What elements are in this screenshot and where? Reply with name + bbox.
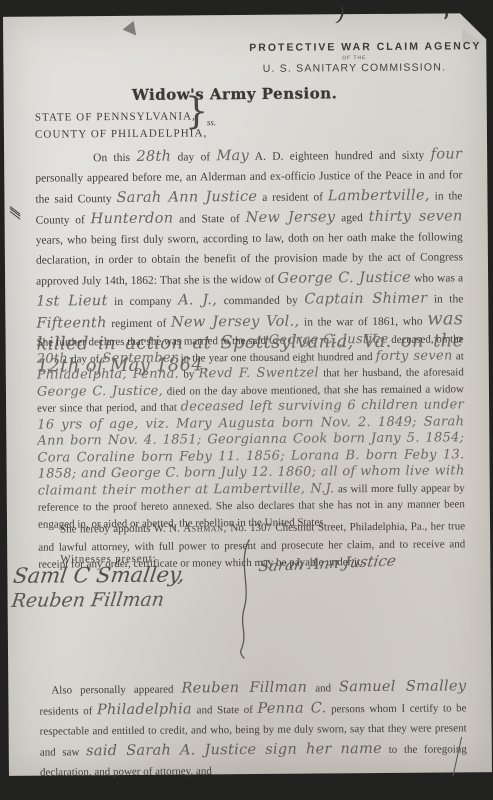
field-claimant-name: Sarah Ann Justice [116,189,257,206]
field-regiment-number: Fifteenth [36,315,106,332]
field-town: Lambertville, [328,188,430,205]
printed-text: and State of [197,704,253,716]
document-paper: ) ʼ PROTECTIVE WAR CLAIM AGENCY OF THE U… [3,13,492,776]
field-regiment-state: New Jersey Vol., [171,314,300,331]
printed-text: She hereby appoints W. N. [60,523,180,536]
printed-text: who was a [414,272,463,284]
printed-text: deceased, on the [391,333,463,346]
marriage-paragraph: She further declares that she was marrie… [37,331,466,532]
printed-text: that her husband, the aforesaid [323,366,464,379]
jurisdiction-block: STATE OF PENNSYLVANIA, COUNTY OF PHILADE… [35,108,275,144]
field-marriage-day: 20th [37,351,68,366]
field-soldier-name: George C. Justice [277,270,411,287]
printed-text: commanded by [224,295,298,308]
printed-text: residents of [39,705,92,717]
ss-brace-icon: } [185,102,210,119]
field-attest-city: Philadelphia [97,701,192,718]
printed-text: by [183,368,194,380]
witness1-signature: Saml C Smalley, [12,562,187,587]
field-county: Hunterdon [91,211,174,228]
field-officiant: Revd F. Swentzel [198,365,318,381]
printed-text: A. D. eighteen hundred and sixty [255,150,425,163]
field-rank: 1st Lieut [36,293,108,310]
field-attest-witness2: Samuel Smalley [339,678,466,695]
printed-text: day of [71,353,99,365]
witness2-signature: Reuben Fillman [10,589,165,612]
margin-hatch-mark [9,208,22,217]
form-title: Widow's Army Pension. [120,84,350,104]
printed-text: in the year one thousand eight hundred a… [181,351,373,365]
printed-text: Also personally appeared [51,684,173,697]
field-husband-name2: George C. Justice, [37,383,163,399]
field-attest-state: Penna C. [257,700,326,717]
field-day: 28th [136,149,171,165]
printed-text: She further declares that she was marrie… [37,335,266,349]
agency-letterhead: PROTECTIVE WAR CLAIM AGENCY OF THE U. S.… [249,40,459,75]
field-marriage-place: Philadelphia, Penna. [37,367,179,383]
jurisdiction-state: STATE OF PENNSYLVANIA, [35,108,275,127]
printed-text: at [456,350,464,362]
field-marriage-month: September [102,350,177,366]
printed-text: day of [178,151,211,163]
field-age: thirty seven [369,208,463,225]
attestation-paragraph: Also personally appeared Reuben Fillman … [39,676,467,782]
field-husband-name: George C. Justice [269,332,389,348]
field-month: May [216,148,249,164]
field-state: New Jersey [246,209,336,226]
corner-cut [458,11,488,41]
printed-text: a resident of [262,191,323,203]
ss-label: ss. [207,114,216,131]
field-saw-entry: said Sarah A. Justice sign her name [86,741,382,759]
field-commander: Captain Shimer [304,291,427,308]
printed-text: in company [114,296,172,308]
field-attest-witness1: Reuben Fillman [181,680,307,697]
printed-text: regiment of [111,318,166,330]
attorney-name: Ashman, [183,522,227,534]
printed-text: On this [93,152,130,164]
printed-text: in the [434,293,464,305]
field-marriage-year: forty seven [376,348,453,364]
printed-text: in the war of 1861, who [304,316,423,329]
ink-blot-mark: ʼ [442,9,452,34]
jurisdiction-county: COUNTY OF PHILADELPHIA, [35,125,275,144]
ink-flourish-mark: ) [334,2,349,27]
agency-name: PROTECTIVE WAR CLAIM AGENCY [249,40,459,54]
printed-text: and State of [179,213,240,225]
signature-brace-icon [233,538,258,665]
field-year: four [431,146,463,162]
field-company: A. J., [178,292,217,308]
agency-commission: U. S. SANITARY COMMISSION. [249,61,459,75]
paper-tear-mark [123,21,142,40]
scanned-document-page: { "colors": { "scan_background": "#22222… [0,0,493,800]
printed-text: and [315,682,331,694]
printed-text: aged [341,212,363,224]
